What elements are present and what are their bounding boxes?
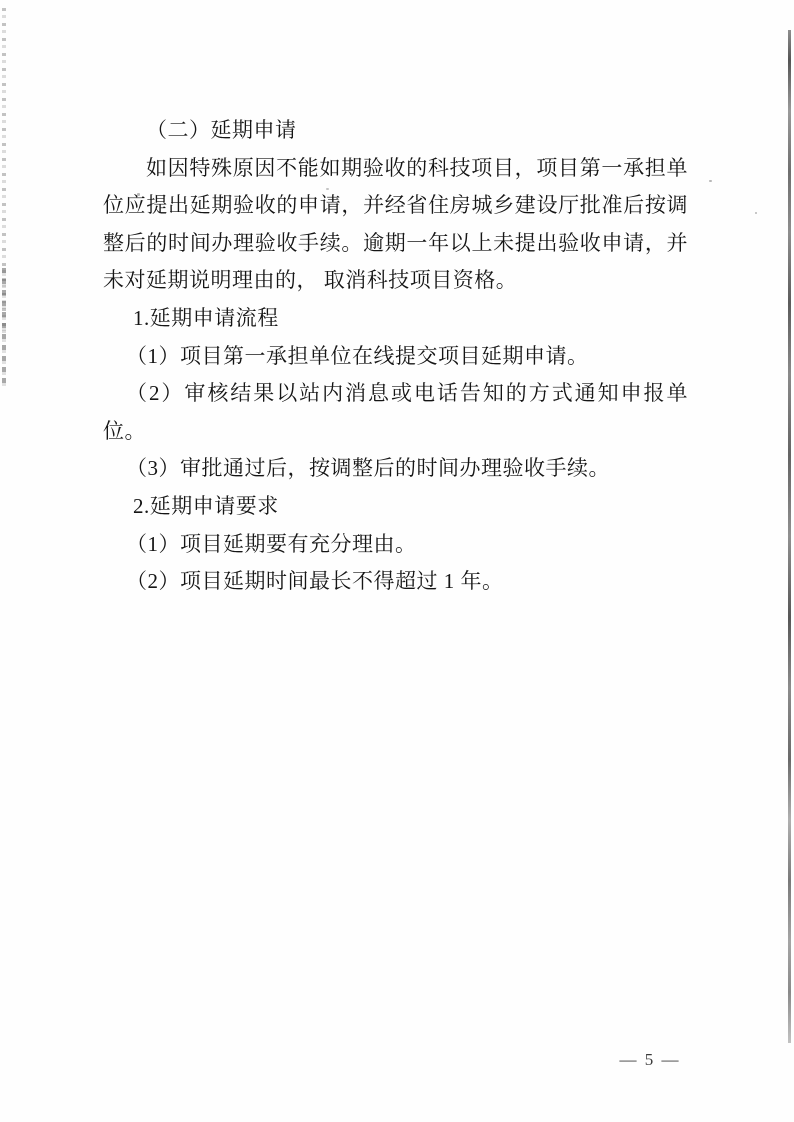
scan-edge-line-right (788, 30, 791, 1043)
list-heading-1: 1.延期申请流程 (103, 300, 688, 338)
page-number: — 5 — (590, 1050, 710, 1070)
list-item-1-2: （2）审核结果以站内消息或电话告知的方式通知申报单 (103, 375, 688, 413)
list-item-1-2-cont: 位。 (103, 413, 688, 451)
scan-speck (709, 180, 712, 182)
list-item-1-3: （3）审批通过后，按调整后的时间办理验收手续。 (103, 450, 688, 488)
paragraph-line: 如因特殊原因不能如期验收的科技项目，项目第一承担单 (103, 150, 688, 188)
paragraph-line: 位应提出延期验收的申请，并经省住房城乡建设厅批准后按调 (103, 187, 688, 225)
scan-noise-left-dark (2, 268, 6, 388)
list-item-1-1: （1）项目第一承担单位在线提交项目延期申请。 (103, 338, 688, 376)
list-item-2-1: （1）项目延期要有充分理由。 (103, 526, 688, 564)
section-heading: （二）延期申请 (103, 112, 688, 150)
document-body: （二）延期申请 如因特殊原因不能如期验收的科技项目，项目第一承担单 位应提出延期… (103, 112, 688, 601)
scan-speck (755, 212, 757, 214)
paragraph-line: 整后的时间办理验收手续。逾期一年以上未提出验收申请，并 (103, 225, 688, 263)
list-heading-2: 2.延期申请要求 (103, 488, 688, 526)
list-item-2-2: （2）项目延期时间最长不得超过 1 年。 (103, 563, 688, 601)
paragraph-line: 未对延期说明理由的， 取消科技项目资格。 (103, 262, 688, 300)
document-page: （二）延期申请 如因特殊原因不能如期验收的科技项目，项目第一承担单 位应提出延期… (0, 0, 794, 1122)
